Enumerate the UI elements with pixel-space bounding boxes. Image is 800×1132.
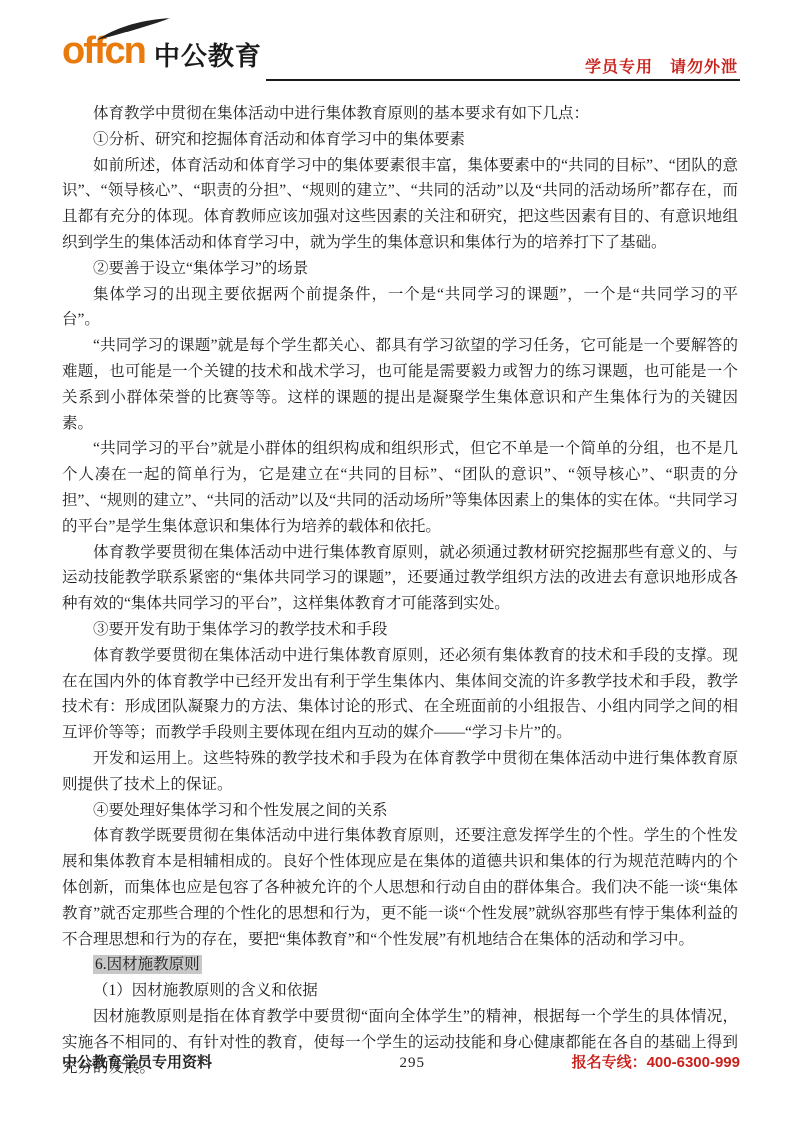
highlighted-heading: 6.因材施教原则: [93, 955, 202, 974]
confidential-notice: 学员专用 请勿外泄: [585, 54, 738, 77]
footer-material-label: 中公教育学员专用资料: [62, 1051, 212, 1075]
heading-item-3: ③要开发有助于集体学习的教学技术和手段: [62, 617, 738, 643]
para-common-topic: “共同学习的课题”就是每个学生都关心、都具有学习欲望的学习任务，它可能是一个要解…: [62, 333, 738, 436]
page-header: offcn 中公教育 学员专用 请勿外泄: [0, 0, 800, 95]
header-rule: [266, 79, 740, 81]
para-implementation: 体育教学要贯彻在集体活动中进行集体教育原则，就必须通过教材研究挖掘那些有意义的、…: [62, 540, 738, 617]
heading-item-4: ④要处理好集体学习和个性发展之间的关系: [62, 798, 738, 824]
logo-wordmark: offcn: [62, 32, 145, 70]
page-number: 295: [399, 1051, 425, 1075]
logo-text-chinese: 中公教育: [154, 43, 262, 70]
heading-sub-1: （1）因材施教原则的含义和依据: [62, 978, 738, 1004]
para-techniques: 体育教学要贯彻在集体活动中进行集体教育原则，还必须有集体教育的技术和手段的支撑。…: [62, 643, 738, 746]
para-elements: 如前所述，体育活动和体育学习中的集体要素很丰富，集体要素中的“共同的目标”、“团…: [62, 153, 738, 256]
logo-text-offcn: offcn: [62, 30, 145, 72]
document-page: offcn 中公教育 学员专用 请勿外泄 体育教学中贯彻在集体活动中进行集体教育…: [0, 0, 800, 1132]
offcn-logo: offcn 中公教育: [62, 32, 262, 70]
page-footer: 中公教育学员专用资料 295 报名专线：400-6300-999: [62, 1051, 740, 1075]
para-individuality: 体育教学既要贯彻在集体活动中进行集体教育原则，还要注意发挥学生的个性。学生的个性…: [62, 823, 738, 952]
para-common-platform: “共同学习的平台”就是小群体的组织构成和组织形式，但它不单是一个简单的分组，也不…: [62, 436, 738, 539]
heading-item-1: ①分析、研究和挖掘体育活动和体育学习中的集体要素: [62, 127, 738, 153]
para-development: 开发和运用上。这些特殊的教学技术和手段为在体育教学中贯彻在集体活动中进行集体教育…: [62, 746, 738, 798]
document-body: 体育教学中贯彻在集体活动中进行集体教育原则的基本要求有如下几点： ①分析、研究和…: [62, 101, 738, 1081]
para-preconditions: 集体学习的出现主要依据两个前提条件，一个是“共同学习的课题”，一个是“共同学习的…: [62, 282, 738, 334]
heading-item-2: ②要善于设立“集体学习”的场景: [62, 256, 738, 282]
footer-hotline: 报名专线：400-6300-999: [572, 1051, 740, 1075]
heading-section-6: 6.因材施教原则: [62, 952, 738, 978]
para-intro: 体育教学中贯彻在集体活动中进行集体教育原则的基本要求有如下几点：: [62, 101, 738, 127]
